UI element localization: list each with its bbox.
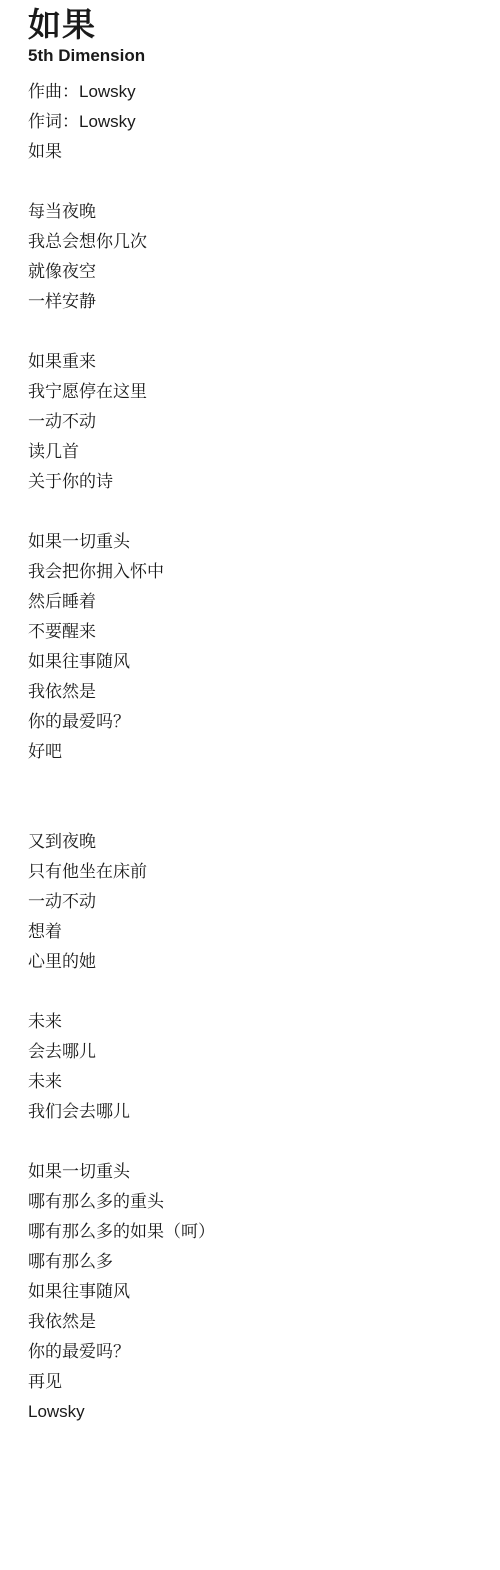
lyric-line: 好吧 [28, 737, 480, 767]
lyrics-page: 如果 5th Dimension 作曲：Lowsky作词：Lowsky如果每当夜… [0, 0, 500, 1427]
lyric-line: 我依然是 [28, 677, 480, 707]
lyric-blank-line [28, 167, 480, 197]
lyric-line: 每当夜晚 [28, 197, 480, 227]
lyric-blank-line [28, 767, 480, 797]
lyric-line: 哪有那么多的重头 [28, 1187, 480, 1217]
lyric-line: 读几首 [28, 437, 480, 467]
lyric-line: 哪有那么多的如果（呵） [28, 1217, 480, 1247]
lyric-line: 又到夜晚 [28, 827, 480, 857]
lyric-line: 如果往事随风 [28, 647, 480, 677]
lyric-line: 一样安静 [28, 287, 480, 317]
lyric-line: 如果一切重头 [28, 527, 480, 557]
lyric-line: 未来 [28, 1007, 480, 1037]
lyric-line: 一动不动 [28, 407, 480, 437]
lyric-line: 如果往事随风 [28, 1277, 480, 1307]
lyric-blank-line [28, 317, 480, 347]
lyric-line: 我总会想你几次 [28, 227, 480, 257]
lyric-line: 心里的她 [28, 947, 480, 977]
lyric-line: 如果 [28, 137, 480, 167]
lyric-line: 我会把你拥入怀中 [28, 557, 480, 587]
lyric-blank-line [28, 1127, 480, 1157]
lyric-line: Lowsky [28, 1397, 480, 1427]
lyric-blank-line [28, 497, 480, 527]
lyric-line: 你的最爱吗？ [28, 707, 480, 737]
lyric-line: 作曲：Lowsky [28, 77, 480, 107]
lyric-line: 未来 [28, 1067, 480, 1097]
lyric-line: 如果重来 [28, 347, 480, 377]
lyric-line: 再见 [28, 1367, 480, 1397]
lyric-line: 一动不动 [28, 887, 480, 917]
lyric-line: 只有他坐在床前 [28, 857, 480, 887]
lyric-blank-line [28, 977, 480, 1007]
lyric-blank-line [28, 797, 480, 827]
artist-name: 5th Dimension [28, 45, 480, 66]
lyric-line: 我们会去哪儿 [28, 1097, 480, 1127]
lyric-line: 我依然是 [28, 1307, 480, 1337]
lyric-line: 我宁愿停在这里 [28, 377, 480, 407]
lyric-line: 如果一切重头 [28, 1157, 480, 1187]
lyric-line: 然后睡着 [28, 587, 480, 617]
lyric-line: 不要醒来 [28, 617, 480, 647]
lyric-line: 关于你的诗 [28, 467, 480, 497]
lyric-line: 你的最爱吗？ [28, 1337, 480, 1367]
lyrics-list: 作曲：Lowsky作词：Lowsky如果每当夜晚我总会想你几次就像夜空一样安静如… [28, 77, 480, 1427]
lyric-line: 就像夜空 [28, 257, 480, 287]
lyric-line: 哪有那么多 [28, 1247, 480, 1277]
lyric-line: 会去哪儿 [28, 1037, 480, 1067]
song-title: 如果 [28, 6, 480, 44]
lyric-line: 作词：Lowsky [28, 107, 480, 137]
lyric-line: 想着 [28, 917, 480, 947]
